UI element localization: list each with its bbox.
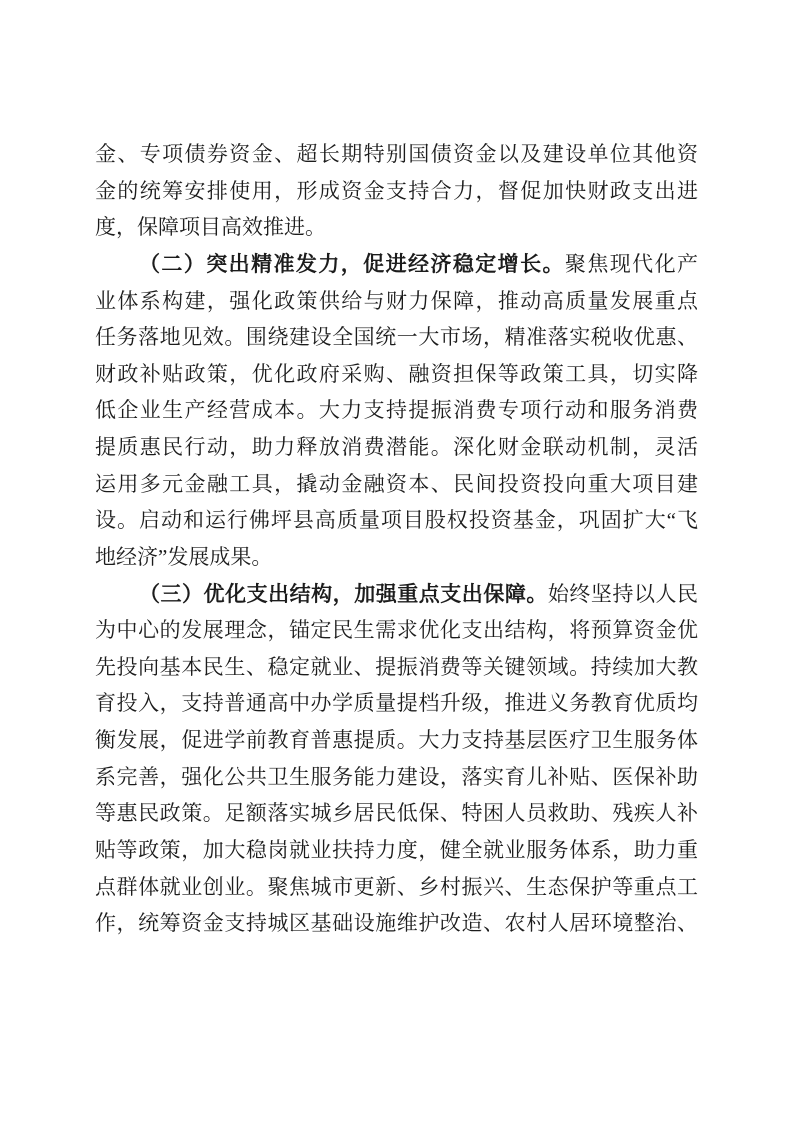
section-heading-text: （三）优化支出结构，加强重点支出保障。 (139, 582, 548, 606)
body-text: 提质惠民行动，助力释放消费潜能。深化财金联动机制，灵活 (95, 435, 698, 459)
text-line: 为中心的发展理念，锚定民生需求优化支出结构，将预算资金优 (95, 612, 698, 649)
body-text: 系完善，强化公共卫生服务能力建设，落实育儿补贴、医保补助 (95, 765, 698, 789)
text-line: 任务落地见效。围绕建设全国统一大市场，精准落实税收优惠、 (95, 319, 698, 356)
body-text: 作，统筹资金支持城区基础设施维护改造、农村人居环境整治、 (95, 911, 698, 935)
body-text: 任务落地见效。围绕建设全国统一大市场，精准落实税收优惠、 (95, 325, 698, 349)
body-text: 先投向基本民生、稳定就业、提振消费等关键领域。持续加大教 (95, 655, 698, 679)
body-text: 财政补贴政策，优化政府采购、融资担保等政策工具，切实降 (95, 362, 698, 386)
body-text: 业体系构建，强化政策供给与财力保障，推动高质量发展重点 (95, 289, 698, 313)
body-text: 地经济”发展成果。 (95, 545, 272, 569)
text-line: 低企业生产经营成本。大力支持提振消费专项行动和服务消费 (95, 392, 698, 429)
text-block: 金、专项债券资金、超长期特别国债资金以及建设单位其他资金的统筹安排使用，形成资金… (95, 136, 698, 942)
body-text: 点群体就业创业。聚焦城市更新、乡村振兴、生态保护等重点工 (95, 875, 698, 899)
body-text: 贴等政策，加大稳岗就业扶持力度，健全就业服务体系，助力重 (95, 838, 698, 862)
text-line: 金的统筹安排使用，形成资金支持合力，督促加快财政支出进 (95, 173, 698, 210)
text-line: 设。启动和运行佛坪县高质量项目股权投资基金，巩固扩大“飞 (95, 502, 698, 539)
text-line: 财政补贴政策，优化政府采购、融资担保等政策工具，切实降 (95, 356, 698, 393)
body-text: 等惠民政策。足额落实城乡居民低保、特困人员救助、残疾人补 (95, 801, 698, 825)
text-line: （二）突出精准发力，促进经济稳定增长。聚焦现代化产 (95, 246, 698, 283)
body-text: 始终坚持以人民 (548, 582, 698, 606)
text-line: 育投入，支持普通高中办学质量提档升级，推进义务教育优质均 (95, 685, 698, 722)
body-text: 低企业生产经营成本。大力支持提振消费专项行动和服务消费 (95, 398, 698, 422)
body-text: 度，保障项目高效推进。 (95, 215, 326, 239)
text-line: 运用多元金融工具，撬动金融资本、民间投资投向重大项目建 (95, 466, 698, 503)
text-line: 业体系构建，强化政策供给与财力保障，推动高质量发展重点 (95, 283, 698, 320)
text-line: （三）优化支出结构，加强重点支出保障。始终坚持以人民 (95, 576, 698, 613)
text-line: 作，统筹资金支持城区基础设施维护改造、农村人居环境整治、 (95, 905, 698, 942)
text-line: 点群体就业创业。聚焦城市更新、乡村振兴、生态保护等重点工 (95, 869, 698, 906)
body-text: 衡发展，促进学前教育普惠提质。大力支持基层医疗卫生服务体 (95, 728, 698, 752)
text-line: 地经济”发展成果。 (95, 539, 698, 576)
body-text: 运用多元金融工具，撬动金融资本、民间投资投向重大项目建 (95, 472, 698, 496)
body-text: 设。启动和运行佛坪县高质量项目股权投资基金，巩固扩大“飞 (95, 508, 698, 532)
document-page: 金、专项债券资金、超长期特别国债资金以及建设单位其他资金的统筹安排使用，形成资金… (0, 0, 793, 1122)
text-line: 提质惠民行动，助力释放消费潜能。深化财金联动机制，灵活 (95, 429, 698, 466)
section-heading-text: （二）突出精准发力，促进经济稳定增长。 (139, 252, 565, 276)
text-line: 度，保障项目高效推进。 (95, 209, 698, 246)
body-text: 金的统筹安排使用，形成资金支持合力，督促加快财政支出进 (95, 179, 698, 203)
text-line: 衡发展，促进学前教育普惠提质。大力支持基层医疗卫生服务体 (95, 722, 698, 759)
body-text: 为中心的发展理念，锚定民生需求优化支出结构，将预算资金优 (95, 618, 698, 642)
text-line: 等惠民政策。足额落实城乡居民低保、特困人员救助、残疾人补 (95, 795, 698, 832)
text-line: 金、专项债券资金、超长期特别国债资金以及建设单位其他资 (95, 136, 698, 173)
paragraph-1-continuation: 金、专项债券资金、超长期特别国债资金以及建设单位其他资金的统筹安排使用，形成资金… (95, 136, 698, 246)
text-line: 系完善，强化公共卫生服务能力建设，落实育儿补贴、医保补助 (95, 759, 698, 796)
text-line: 贴等政策，加大稳岗就业扶持力度，健全就业服务体系，助力重 (95, 832, 698, 869)
paragraph-3-section-three: （三）优化支出结构，加强重点支出保障。始终坚持以人民为中心的发展理念，锚定民生需… (95, 576, 698, 942)
body-text: 聚焦现代化产 (565, 252, 698, 276)
body-text: 金、专项债券资金、超长期特别国债资金以及建设单位其他资 (95, 142, 698, 166)
body-text: 育投入，支持普通高中办学质量提档升级，推进义务教育优质均 (95, 691, 698, 715)
paragraph-2-section-two: （二）突出精准发力，促进经济稳定增长。聚焦现代化产业体系构建，强化政策供给与财力… (95, 246, 698, 576)
text-line: 先投向基本民生、稳定就业、提振消费等关键领域。持续加大教 (95, 649, 698, 686)
